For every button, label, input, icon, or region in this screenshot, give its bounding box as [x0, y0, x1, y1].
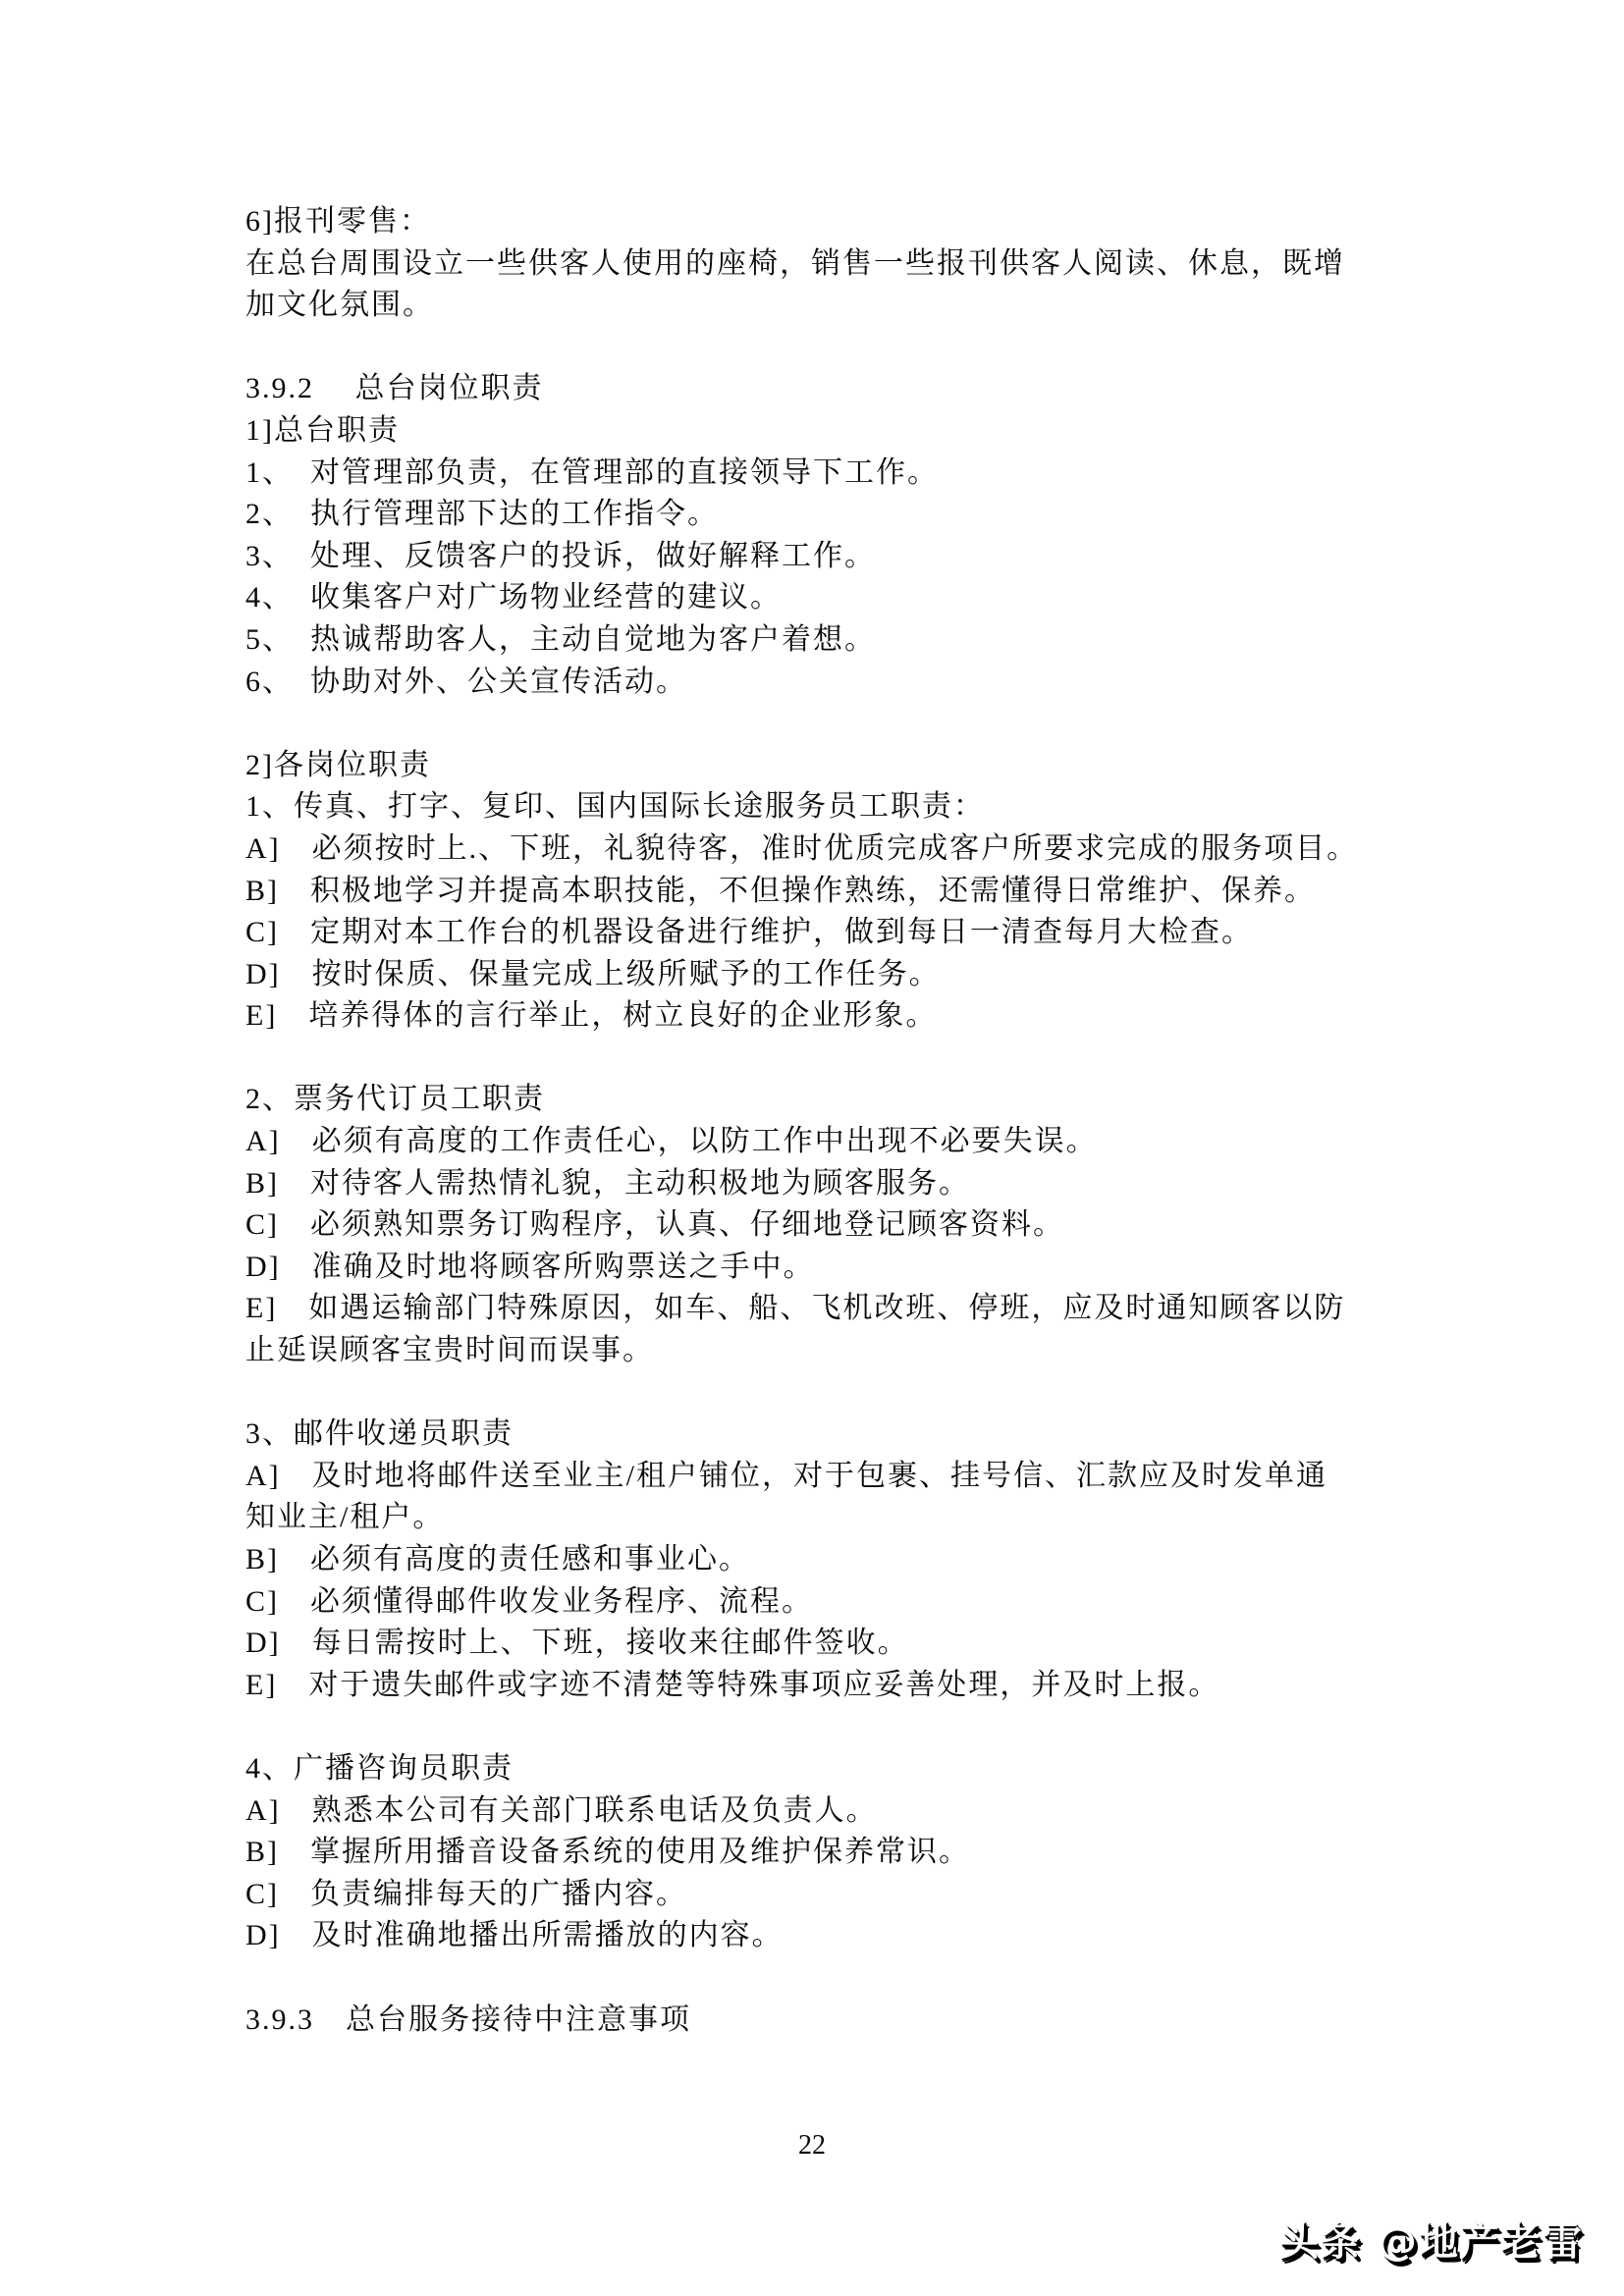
- text-line: 6]报刊零售：: [245, 201, 1561, 243]
- blank-line: [245, 1957, 1561, 2000]
- text-line: 3、邮件收递员职责: [245, 1414, 1561, 1456]
- document-page: 6]报刊零售：在总台周围设立一些供客人使用的座椅，销售一些报刊供客人阅读、休息，…: [0, 0, 1624, 2296]
- blank-line: [245, 327, 1561, 369]
- text-line: D] 每日需按时上、下班，接收来往邮件签收。: [245, 1623, 1561, 1665]
- blank-line: [245, 1038, 1561, 1080]
- text-line: 6、 协助对外、公关宣传活动。: [245, 662, 1561, 704]
- text-line: 2、票务代订员工职责: [245, 1079, 1561, 1121]
- text-line: 在总台周围设立一些供客人使用的座椅，销售一些报刊供客人阅读、休息，既增: [245, 243, 1561, 286]
- text-line: A] 必须按时上.、下班，礼貌待客，准时优质完成客户所要求完成的服务项目。: [245, 828, 1561, 871]
- text-line: 知业主/租户。: [245, 1497, 1561, 1539]
- text-line: B] 对待客人需热情礼貌，主动积极地为顾客服务。: [245, 1163, 1561, 1205]
- text-line: 4、 收集客户对广场物业经营的建议。: [245, 577, 1561, 619]
- text-line: 1]总台职责: [245, 410, 1561, 453]
- text-line: B] 必须有高度的责任感和事业心。: [245, 1539, 1561, 1581]
- document-body: 6]报刊零售：在总台周围设立一些供客人使用的座椅，销售一些报刊供客人阅读、休息，…: [245, 201, 1561, 2041]
- text-line: 止延误顾客宝贵时间而误事。: [245, 1330, 1561, 1372]
- blank-line: [245, 1706, 1561, 1748]
- text-line: 2]各岗位职责: [245, 745, 1561, 787]
- text-line: 1、传真、打字、复印、国内国际长途服务员工职责：: [245, 786, 1561, 828]
- blank-line: [245, 703, 1561, 745]
- text-line: A] 必须有高度的工作责任心，以防工作中出现不必要失误。: [245, 1121, 1561, 1163]
- text-line: E] 对于遗失邮件或字迹不清楚等特殊事项应妥善处理，并及时上报。: [245, 1665, 1561, 1707]
- text-line: C] 负责编排每天的广播内容。: [245, 1874, 1561, 1916]
- text-line: C] 定期对本工作台的机器设备进行维护，做到每日一清查每月大检查。: [245, 912, 1561, 954]
- text-line: C] 必须熟知票务订购程序，认真、仔细地登记顾客资料。: [245, 1204, 1561, 1247]
- watermark: 头条 @地产老雷: [1279, 2211, 1584, 2267]
- text-line: 3、 处理、反馈客户的投诉，做好解释工作。: [245, 536, 1561, 578]
- text-line: 4、广播咨询员职责: [245, 1748, 1561, 1790]
- page-number: 22: [0, 2130, 1624, 2162]
- text-line: 1、 对管理部负责，在管理部的直接领导下工作。: [245, 453, 1561, 495]
- blank-line: [245, 1372, 1561, 1415]
- text-line: D] 按时保质、保量完成上级所赋予的工作任务。: [245, 954, 1561, 996]
- text-line: A] 熟悉本公司有关部门联系电话及负责人。: [245, 1790, 1561, 1833]
- text-line: C] 必须懂得邮件收发业务程序、流程。: [245, 1581, 1561, 1624]
- text-line: A] 及时地将邮件送至业主/租户铺位，对于包裹、挂号信、汇款应及时发单通: [245, 1456, 1561, 1498]
- text-line: 3.9.2 总台岗位职责: [245, 368, 1561, 410]
- text-line: 5、 热诚帮助客人，主动自觉地为客户着想。: [245, 619, 1561, 662]
- text-line: 3.9.3 总台服务接待中注意事项: [245, 2000, 1561, 2042]
- text-line: E] 如遇运输部门特殊原因，如车、船、飞机改班、停班，应及时通知顾客以防: [245, 1288, 1561, 1330]
- text-line: 2、 执行管理部下达的工作指令。: [245, 494, 1561, 536]
- text-line: D] 及时准确地播出所需播放的内容。: [245, 1915, 1561, 1957]
- text-line: E] 培养得体的言行举止，树立良好的企业形象。: [245, 995, 1561, 1038]
- text-line: 加文化氛围。: [245, 285, 1561, 327]
- text-line: B] 掌握所用播音设备系统的使用及维护保养常识。: [245, 1832, 1561, 1874]
- text-line: B] 积极地学习并提高本职技能，不但操作熟练，还需懂得日常维护、保养。: [245, 871, 1561, 913]
- text-line: D] 准确及时地将顾客所购票送之手中。: [245, 1247, 1561, 1289]
